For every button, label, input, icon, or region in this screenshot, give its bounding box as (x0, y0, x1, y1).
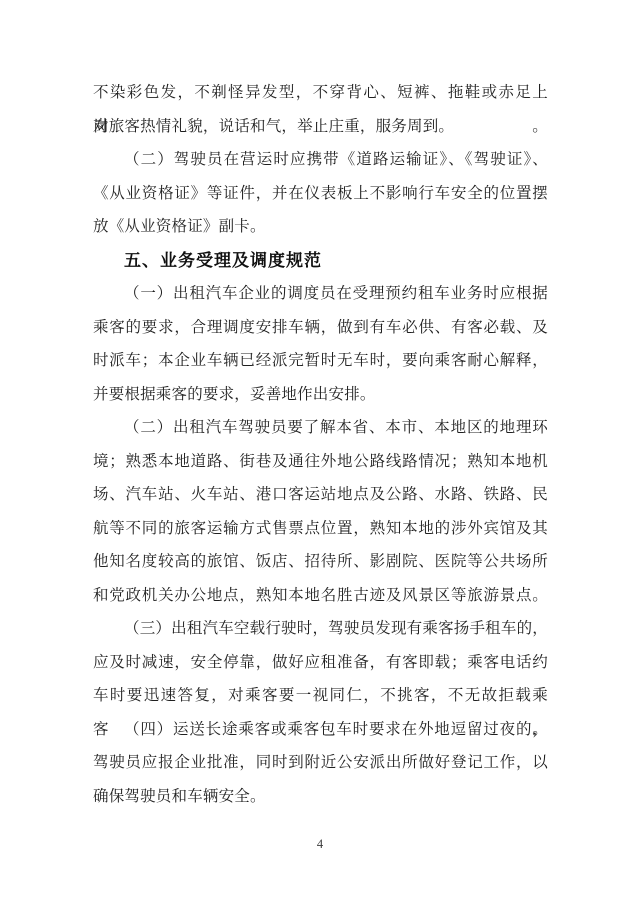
text-line: （二）出租汽车驾驶员要了解本省、本市、本地区的地理环 (93, 411, 548, 445)
text-line: 时派车；本企业车辆已经派完暂时无车时，要向乘客耐心解释， (93, 344, 548, 378)
text-line: 航等不同的旅客运输方式售票点位置，熟知本地的涉外宾馆及其 (93, 512, 548, 546)
document-body: 不染彩色发，不剃怪异发型，不穿背心、短裤、拖鞋或赤足上岗。对旅客热情礼貌，说话和… (93, 76, 548, 813)
text-line: （一）出租汽车企业的调度员在受理预约租车业务时应根据 (93, 277, 548, 311)
text-line: 放《从业资格证》副卡。 (93, 210, 548, 244)
document-page: 不染彩色发，不剃怪异发型，不穿背心、短裤、拖鞋或赤足上岗。对旅客热情礼貌，说话和… (0, 0, 640, 905)
text-line: 境；熟悉本地道路、街巷及通往外地公路线路情况；熟知本地机 (93, 445, 548, 479)
text-line: 确保驾驶员和车辆安全。 (93, 780, 548, 814)
text-line: （四）运送长途乘客或乘客包车时要求在外地逗留过夜的， (93, 713, 548, 747)
text-line: 不染彩色发，不剃怪异发型，不穿背心、短裤、拖鞋或赤足上岗。 (93, 76, 548, 110)
text-line: 驾驶员应报企业批准，同时到附近公安派出所做好登记工作，以 (93, 746, 548, 780)
text-line: 和党政机关办公地点，熟知本地名胜古迹及风景区等旅游景点。 (93, 579, 548, 613)
text-line: 场、汽车站、火车站、港口客运站地点及公路、水路、铁路、民 (93, 478, 548, 512)
section-heading: 五、业务受理及调度规范 (93, 244, 548, 278)
text-line: 并要根据乘客的要求，妥善地作出安排。 (93, 378, 548, 412)
text-line: 他知名度较高的旅馆、饭店、招待所、影剧院、医院等公共场所 (93, 545, 548, 579)
page-number: 4 (0, 837, 640, 852)
text-line: 《从业资格证》等证件，并在仪表板上不影响行车安全的位置摆 (93, 177, 548, 211)
text-line: 乘客的要求，合理调度安排车辆，做到有车必供、有客必载、及 (93, 311, 548, 345)
text-line: （三）出租汽车空载行驶时，驾驶员发现有乘客扬手租车的， (93, 612, 548, 646)
text-line: 车时要迅速答复，对乘客要一视同仁，不挑客，不无故拒载乘客。 (93, 679, 548, 713)
text-line: 应及时减速，安全停靠，做好应租准备，有客即载；乘客电话约 (93, 646, 548, 680)
text-line: （二）驾驶员在营运时应携带《道路运输证》、《驾驶证》、 (93, 143, 548, 177)
